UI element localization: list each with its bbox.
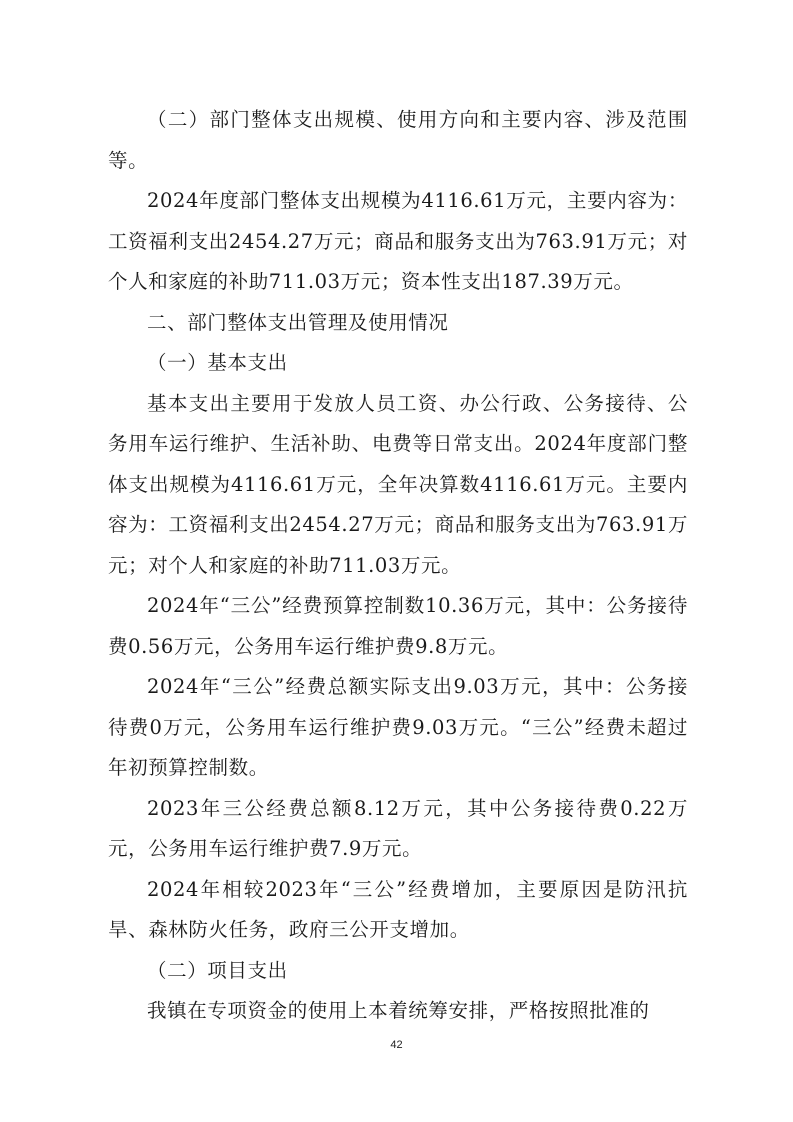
section-subheading-expenditure-scale: （二）部门整体支出规模、使用方向和主要内容、涉及范围等。: [108, 100, 688, 181]
page-number: 42: [0, 1039, 793, 1051]
section-subheading-basic-expenditure: （一）基本支出: [108, 343, 688, 384]
paragraph-three-public-2023: 2023年三公经费总额8.12万元，其中公务接待费0.22万元，公务用车运行维护…: [108, 789, 688, 870]
section-heading-expenditure-management: 二、部门整体支出管理及使用情况: [108, 303, 688, 344]
paragraph-project-expenditure: 我镇在专项资金的使用上本着统筹安排，严格按照批准的: [108, 991, 688, 1032]
paragraph-basic-expenditure: 基本支出主要用于发放人员工资、办公行政、公务接待、公务用车运行维护、生活补助、电…: [108, 384, 688, 587]
section-subheading-project-expenditure: （二）项目支出: [108, 951, 688, 992]
paragraph-three-public-budget: 2024年“三公”经费预算控制数10.36万元，其中：公务接待费0.56万元，公…: [108, 586, 688, 667]
paragraph-three-public-increase-reason: 2024年相较2023年“三公”经费增加，主要原因是防汛抗旱、森林防火任务，政府…: [108, 870, 688, 951]
document-page: （二）部门整体支出规模、使用方向和主要内容、涉及范围等。 2024年度部门整体支…: [108, 100, 688, 1032]
paragraph-overall-expenditure: 2024年度部门整体支出规模为4116.61万元，主要内容为：工资福利支出245…: [108, 181, 688, 303]
paragraph-three-public-actual: 2024年“三公”经费总额实际支出9.03万元，其中：公务接待费0万元，公务用车…: [108, 667, 688, 789]
